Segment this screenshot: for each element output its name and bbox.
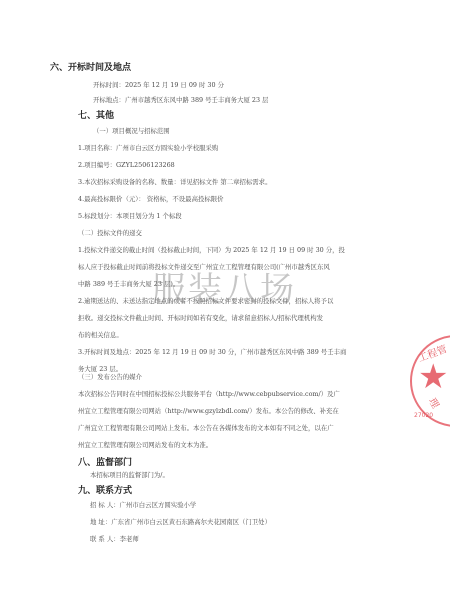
- submission-line: 拒收。递交投标文件截止时间、开标时间如若有变化，请求留意招标人/招标代理机构发: [78, 313, 323, 322]
- submission-line: 3.开标时间及地点：2025 年 12 月 19 日 09 时 30 分，广州市…: [78, 347, 346, 356]
- max-bid-price: 4.最高投标限价（元）： 资格标，不设最高投标限价: [78, 194, 224, 203]
- document-page: 六、开标时间及地点 开标时间：2025 年 12 月 19 日 09 时 30 …: [0, 0, 450, 600]
- tenderer: 招 标 人：广州市白云区方圆实验小学: [90, 500, 196, 509]
- media-line: 州宜立工程管理有限公司网站发布的文本为准。: [78, 440, 212, 449]
- subsection-3-title: （三）发布公告的媒介: [78, 372, 142, 381]
- contact-person: 联 系 人：李老师: [90, 534, 139, 543]
- procurement-items: 3.本次招标采购设备的名称、数量：详见招标文件 第二章招标需求。: [78, 177, 271, 186]
- media-line: 本次招标公告同时在中国招标投标公共服务平台（http://www.cebpubs…: [78, 389, 340, 398]
- seal-code: 27020: [414, 412, 433, 419]
- section-7-title: 七、其他: [78, 108, 114, 121]
- lot-division: 5.标段划分：本项目划分为 1 个标段: [78, 211, 182, 220]
- seal-star-icon: ★: [418, 360, 448, 394]
- address: 地 址：广东省广州市白云区黄石东路高尔夫花园南区（门卫处）: [90, 517, 271, 526]
- section-8-title: 八、监督部门: [78, 455, 132, 468]
- bid-opening-time: 开标时间：2025 年 12 月 19 日 09 时 30 分: [93, 80, 224, 89]
- section-9-title: 九、联系方式: [78, 483, 132, 496]
- subsection-2-title: （二）投标文件的递交: [78, 228, 142, 237]
- submission-line: 布的相关信息。: [78, 330, 123, 339]
- subsection-1-title: （一）项目概况与招标范围: [93, 126, 170, 135]
- watermark: 服装八场: [152, 262, 296, 311]
- submission-line: 1.投标文件递交的截止时间（投标截止时间，下同）为 2025 年 12 月 19…: [78, 245, 345, 254]
- project-number: 2.项目编号：GZYL2506123268: [78, 160, 175, 169]
- media-line: 广州宜立工程管理有限公司网站上发布。本公告在各媒体发布的文本如有不同之处，以在广: [78, 423, 334, 432]
- bid-opening-place: 开标地点：广州市越秀区东风中路 389 号壬丰商务大厦 23 层: [93, 95, 268, 104]
- section-6-title: 六、开标时间及地点: [50, 60, 131, 73]
- media-line: 州宜立工程管理有限公司网站（http://www.gzylzbdl.com/）发…: [78, 406, 339, 415]
- project-name: 1.项目名称：广州市白云区方圆实验小学校服采购: [78, 143, 218, 152]
- supervision-text: 本招标项目的监督部门为/。: [90, 470, 169, 479]
